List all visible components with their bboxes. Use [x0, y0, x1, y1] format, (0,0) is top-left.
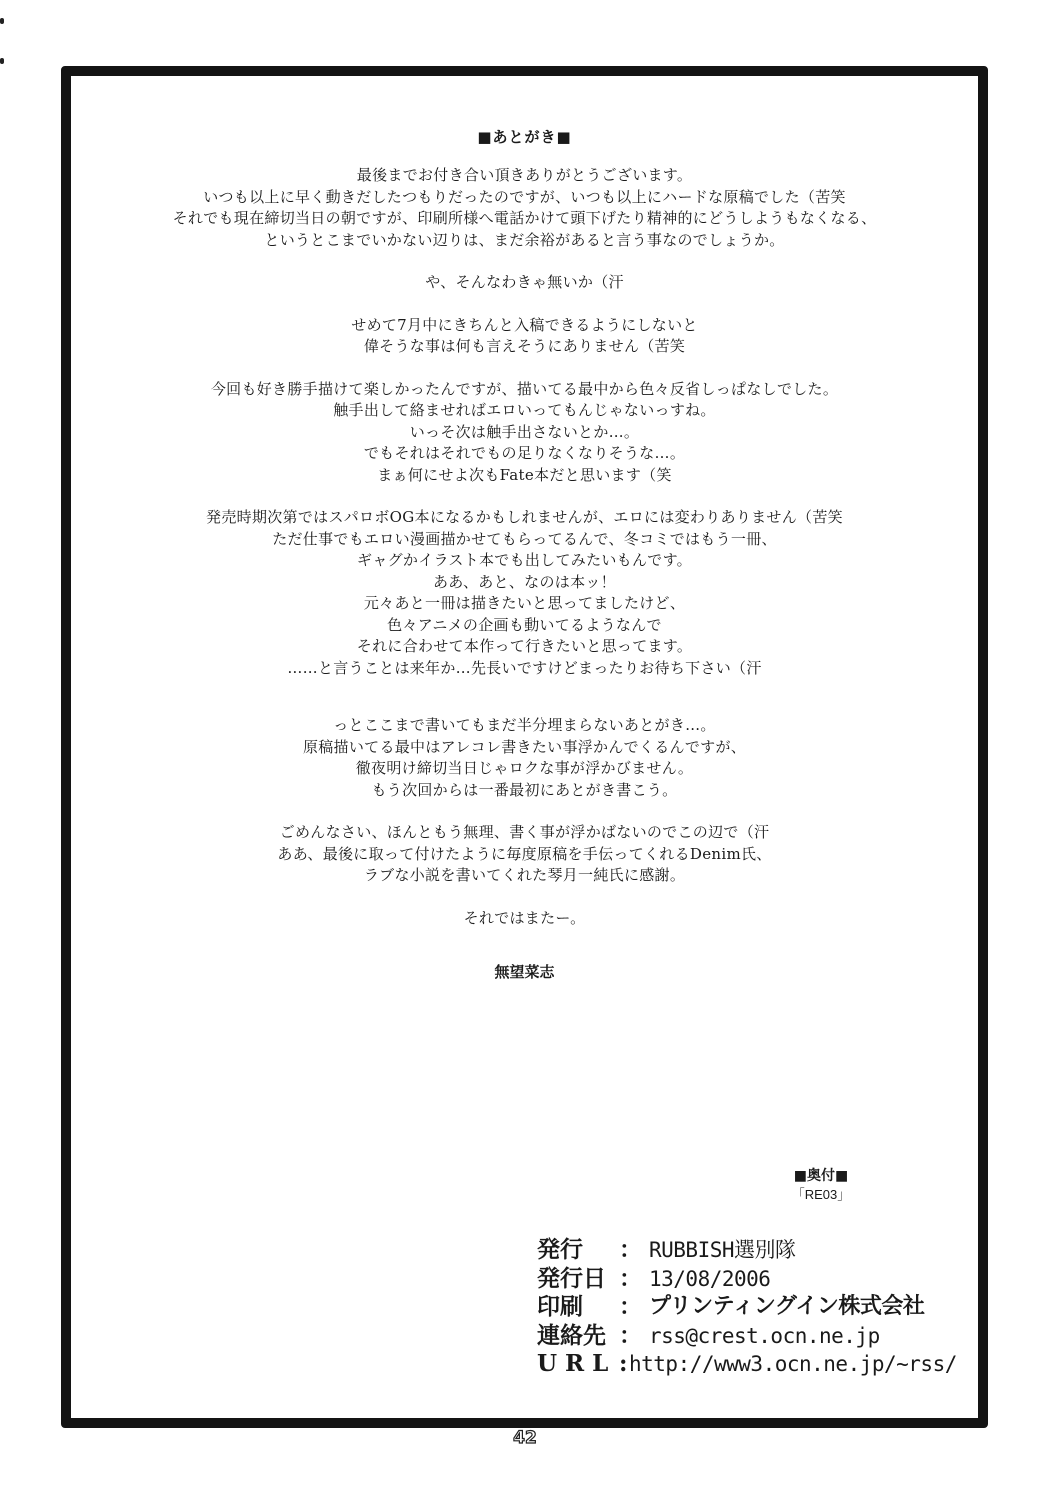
afterword-paragraph: せめて7月中にきちんと入稿できるようにしないと 偉そうな事は何も言えそうにありま…	[71, 315, 978, 358]
colophon-value: RUBBISH選別隊	[649, 1236, 796, 1265]
page-number: 42	[0, 1428, 1050, 1448]
colophon: 発行 ： RUBBISH選別隊 発行日 ： 13/08/2006 印刷 ： プリ…	[537, 1236, 957, 1379]
contact-email: rss@crest.ocn.ne.jp	[649, 1322, 880, 1351]
page-frame: ■あとがき■ 最後までお付き合い頂きありがとうございます。 いつも以上に早く動き…	[61, 66, 988, 1428]
afterword-paragraph: 今回も好き勝手描けて楽しかったんですが、描いてる最中から色々反省しっぱなしでした…	[71, 379, 978, 487]
colophon-separator: ：	[619, 1322, 649, 1351]
text-line: ああ、あと、なのは本ッ！	[71, 572, 978, 594]
colophon-separator: ：	[619, 1265, 649, 1294]
text-line: まぁ何にせよ次もFate本だと思います（笑	[71, 465, 978, 487]
text-line: ただ仕事でもエロい漫画描かせてもらってるんで、冬コミではもう一冊、	[71, 529, 978, 551]
afterword-paragraph: それではまたー。	[71, 908, 978, 930]
colophon-value: プリンティングイン株式会社	[649, 1293, 924, 1322]
author-signature: 無望菜志	[71, 961, 978, 982]
text-line: もう次回からは一番最初にあとがき書こう。	[71, 780, 978, 802]
text-line: ギャグかイラスト本でも出してみたいもんです。	[71, 550, 978, 572]
colophon-label: 発行日	[537, 1265, 619, 1294]
text-line: 偉そうな事は何も言えそうにありません（苦笑	[71, 336, 978, 358]
okuzuke-block: ■奥付■ 「RE03」	[761, 1166, 881, 1204]
text-line: 原稿描いてる最中はアレコレ書きたい事浮かんでくるんですが、	[71, 737, 978, 759]
text-line: いつも以上に早く動きだしたつもりだったのですが、いつも以上にハードな原稿でした（…	[71, 187, 978, 209]
colophon-separator: ：	[619, 1293, 649, 1322]
colophon-label: URL	[537, 1350, 619, 1379]
colophon-label: 印刷	[537, 1293, 619, 1322]
text-line: というとこまでいかない辺りは、まだ余裕があると言う事なのでしょうか。	[71, 230, 978, 252]
colophon-label: 発行	[537, 1236, 619, 1265]
text-line: 今回も好き勝手描けて楽しかったんですが、描いてる最中から色々反省しっぱなしでした…	[71, 379, 978, 401]
text-line: ああ、最後に取って付けたように毎度原稿を手伝ってくれるDenim氏、	[71, 844, 978, 866]
text-line: 元々あと一冊は描きたいと思ってましたけど、	[71, 593, 978, 615]
text-line: 最後までお付き合い頂きありがとうございます。	[71, 165, 978, 187]
text-line: ラブな小説を書いてくれた琴月一純氏に感謝。	[71, 865, 978, 887]
colophon-row-date: 発行日 ： 13/08/2006	[537, 1265, 957, 1294]
afterword-paragraph: や、そんなわきゃ無いか（汗	[71, 272, 978, 294]
text-line: 徹夜明け締切当日じゃロクな事が浮かびません。	[71, 758, 978, 780]
okuzuke-title: ■奥付■	[761, 1166, 881, 1186]
colophon-label: 連絡先	[537, 1322, 619, 1351]
text-line: 発売時期次第ではスパロボOG本になるかもしれませんが、エロには変わりありません（…	[71, 507, 978, 529]
website-url: http://www3.ocn.ne.jp/~rss/	[629, 1350, 957, 1379]
afterword-paragraph: 発売時期次第ではスパロボOG本になるかもしれませんが、エロには変わりありません（…	[71, 507, 978, 679]
scan-artifact	[0, 18, 4, 24]
afterword-title: ■あとがき■	[71, 126, 978, 147]
colophon-separator: :	[619, 1350, 629, 1379]
text-line: それでも現在締切当日の朝ですが、印刷所様へ電話かけて頭下げたり精神的にどうしよう…	[71, 208, 978, 230]
text-line: っとここまで書いてもまだ半分埋まらないあとがき…。	[71, 715, 978, 737]
afterword-paragraph: ごめんなさい、ほんともう無理、書く事が浮かばないのでこの辺で（汗 ああ、最後に取…	[71, 822, 978, 887]
text-line: ……と言うことは来年か…先長いですけどまったりお待ち下さい（汗	[71, 658, 978, 680]
colophon-separator: ：	[619, 1236, 649, 1265]
text-line: ごめんなさい、ほんともう無理、書く事が浮かばないのでこの辺で（汗	[71, 822, 978, 844]
text-line: や、そんなわきゃ無いか（汗	[71, 272, 978, 294]
afterword-paragraph: 最後までお付き合い頂きありがとうございます。 いつも以上に早く動きだしたつもりだ…	[71, 165, 978, 251]
afterword-section: ■あとがき■ 最後までお付き合い頂きありがとうございます。 いつも以上に早く動き…	[71, 126, 978, 982]
text-line: それに合わせて本作って行きたいと思ってます。	[71, 636, 978, 658]
text-line: でもそれはそれでもの足りなくなりそうな…。	[71, 443, 978, 465]
colophon-row-url: URL : http://www3.ocn.ne.jp/~rss/	[537, 1350, 957, 1379]
book-title: 「RE03」	[761, 1186, 881, 1204]
colophon-row-publisher: 発行 ： RUBBISH選別隊	[537, 1236, 957, 1265]
colophon-value: 13/08/2006	[649, 1265, 770, 1294]
text-line: それではまたー。	[71, 908, 978, 930]
text-line: 触手出して絡ませればエロいってもんじゃないっすね。	[71, 400, 978, 422]
colophon-row-printer: 印刷 ： プリンティングイン株式会社	[537, 1293, 957, 1322]
afterword-paragraph: っとここまで書いてもまだ半分埋まらないあとがき…。 原稿描いてる最中はアレコレ書…	[71, 715, 978, 801]
scan-artifact	[0, 58, 4, 64]
colophon-row-contact: 連絡先 ： rss@crest.ocn.ne.jp	[537, 1322, 957, 1351]
text-line: いっそ次は触手出さないとか…。	[71, 422, 978, 444]
text-line: せめて7月中にきちんと入稿できるようにしないと	[71, 315, 978, 337]
text-line: 色々アニメの企画も動いてるようなんで	[71, 615, 978, 637]
